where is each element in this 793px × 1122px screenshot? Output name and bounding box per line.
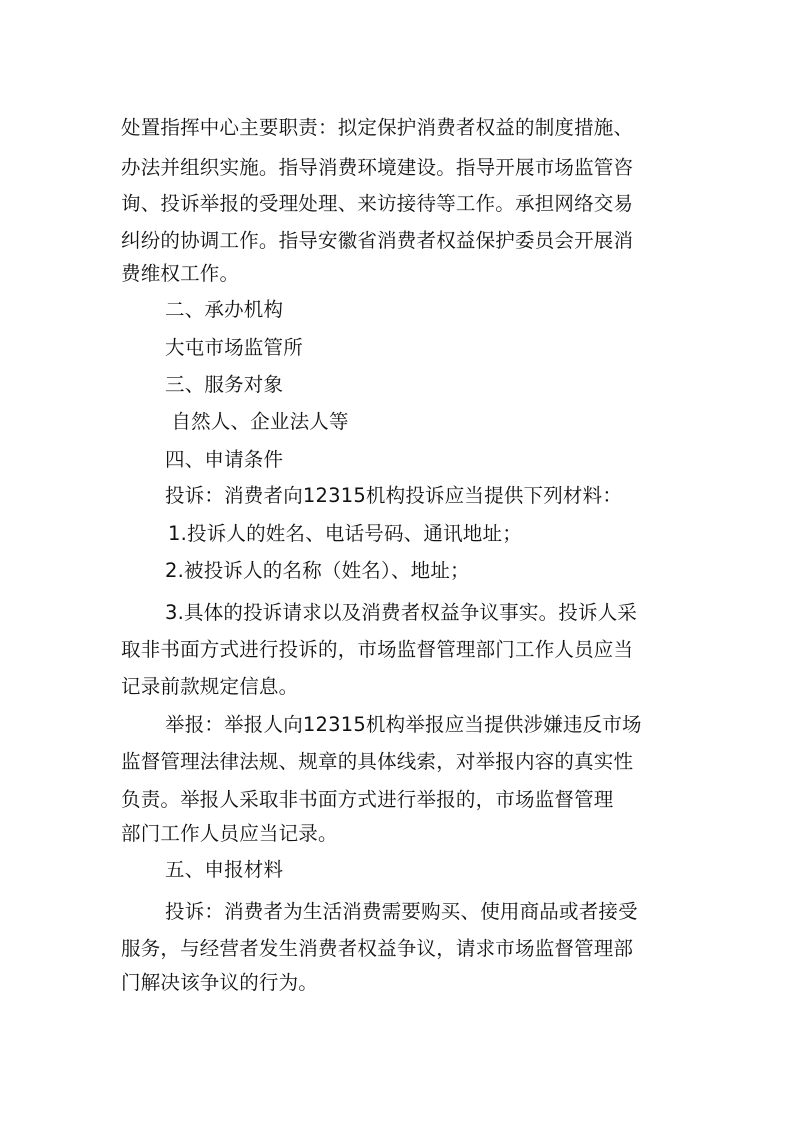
paragraph-line: 纠纷的协调工作。指导安徽省消费者权益保护委员会开展消 (121, 229, 633, 253)
list-item: 3.具体的投诉请求以及消费者权益争议事实。投诉人采 (165, 601, 637, 625)
section-heading-conditions: 四、申请条件 (165, 448, 283, 472)
paragraph-line: 投诉：消费者向12315机构投诉应当提供下列材料： (165, 484, 622, 508)
paragraph-line: 负责。举报人采取非书面方式进行举报的，市场监督管理 (121, 788, 614, 812)
paragraph-line: 门解决该争议的行为。 (121, 971, 318, 995)
paragraph-line: 办法并组织实施。指导消费环境建设。指导开展市场监管咨 (121, 156, 633, 180)
paragraph-line: 举报：举报人向12315机构举报应当提供涉嫌违反市场 (165, 713, 642, 737)
paragraph-line: 取非书面方式进行投诉的，市场监督管理部门工作人员应当 (121, 638, 633, 662)
service-target-value: 自然人、企业法人等 (165, 410, 349, 434)
section-heading-service-target: 三、服务对象 (165, 373, 283, 397)
paragraph-line: 服务，与经营者发生消费者权益争议，请求市场监督管理部 (121, 937, 633, 961)
list-item: 1.投诉人的姓名、电话号码、通讯地址； (168, 522, 522, 546)
section-heading-organizer: 二、承办机构 (165, 298, 283, 322)
paragraph-line: 费维权工作。 (121, 262, 239, 286)
paragraph-line: 询、投诉举报的受理处理、来访接待等工作。承担网络交易 (121, 192, 633, 216)
organizer-value: 大屯市场监管所 (165, 336, 303, 360)
list-item: 2.被投诉人的名称（姓名）、地址； (165, 559, 470, 583)
paragraph-line: 部门工作人员应当记录。 (121, 822, 338, 846)
section-heading-materials: 五、申报材料 (165, 858, 283, 882)
paragraph-line: 记录前款规定信息。 (121, 675, 298, 699)
document-page: 处置指挥中心主要职责：拟定保护消费者权益的制度措施、 办法并组织实施。指导消费环… (0, 0, 793, 1122)
paragraph-line: 投诉：消费者为生活消费需要购买、使用商品或者接受 (165, 900, 638, 924)
paragraph-line: 监督管理法律法规、规章的具体线索，对举报内容的真实性 (121, 750, 633, 774)
paragraph-line: 处置指挥中心主要职责：拟定保护消费者权益的制度措施、 (121, 116, 633, 140)
